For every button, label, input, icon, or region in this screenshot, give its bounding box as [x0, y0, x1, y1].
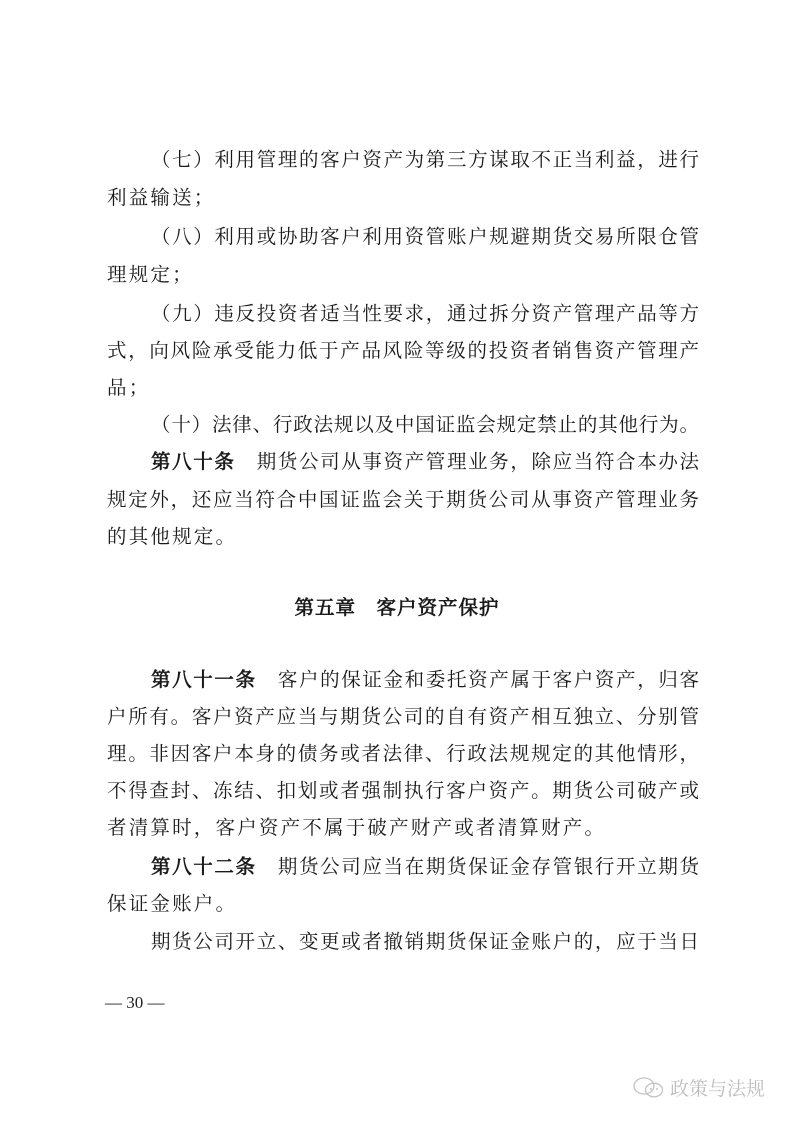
wechat-icon: [632, 1075, 666, 1101]
line-text: 的其他规定。: [107, 525, 237, 548]
text-line: 保证金账户。: [107, 892, 237, 916]
line-text: 者清算时，客户资产不属于破产财产或者清算财产。: [107, 816, 606, 839]
text-line: 理规定；: [107, 263, 194, 287]
text-line: （九）违反投资者适当性要求，通过拆分资产管理产品等方: [107, 302, 699, 326]
text-line: 规定外，还应当符合中国证监会关于期货公司从事资产管理业务: [107, 488, 699, 512]
page-number: — 30 —: [105, 993, 165, 1013]
text-line: 利益输送；: [107, 186, 216, 210]
text-line: 品；: [107, 376, 150, 400]
text-line: 第八十一条 客户的保证金和委托资产属于客户资产，归客: [107, 668, 699, 692]
line-text: 理。非因客户本身的债务或者法律、行政法规规定的其他情形，: [107, 742, 699, 765]
line-text: （十）法律、行政法规以及中国证监会规定禁止的其他行为。: [151, 413, 699, 436]
text-line: 的其他规定。: [107, 525, 237, 549]
document-page: （七）利用管理的客户资产为第三方谋取不正当利益，进行利益输送；（八）利用或协助客…: [0, 0, 794, 1123]
watermark-text: 政策与法规: [670, 1074, 765, 1101]
line-text: 客户的保证金和委托资产属于客户资产，归客: [257, 668, 699, 691]
watermark: 政策与法规: [632, 1074, 765, 1101]
line-text: 不得查封、冻结、扣划或者强制执行客户资产。期货公司破产或: [107, 779, 699, 802]
line-text: 理规定；: [107, 263, 194, 286]
line-text: 户所有。客户资产应当与期货公司的自有资产相互独立、分别管: [107, 705, 699, 728]
line-text: （九）违反投资者适当性要求，通过拆分资产管理产品等方: [151, 302, 699, 325]
line-text: 期货公司从事资产管理业务，除应当符合本办法: [236, 450, 699, 473]
article-number: 第八十一条: [151, 668, 257, 691]
article-number: 第八十条: [151, 450, 236, 473]
text-line: （十）法律、行政法规以及中国证监会规定禁止的其他行为。: [107, 413, 699, 437]
text-line: （七）利用管理的客户资产为第三方谋取不正当利益，进行: [107, 148, 699, 172]
text-line: 户所有。客户资产应当与期货公司的自有资产相互独立、分别管: [107, 705, 699, 729]
text-line: 理。非因客户本身的债务或者法律、行政法规规定的其他情形，: [107, 742, 699, 766]
line-text: （八）利用或协助客户利用资管账户规避期货交易所限仓管: [151, 225, 699, 248]
line-text: 期货公司应当在期货保证金存管银行开立期货: [257, 855, 699, 878]
text-line: 者清算时，客户资产不属于破产财产或者清算财产。: [107, 816, 606, 840]
line-text: 品；: [107, 376, 150, 399]
line-text: （七）利用管理的客户资产为第三方谋取不正当利益，进行: [151, 148, 699, 171]
text-line: 期货公司开立、变更或者撤销期货保证金账户的，应于当日: [107, 930, 699, 954]
line-text: 保证金账户。: [107, 892, 237, 915]
text-line: 第八十条 期货公司从事资产管理业务，除应当符合本办法: [107, 450, 699, 474]
text-line: 不得查封、冻结、扣划或者强制执行客户资产。期货公司破产或: [107, 779, 699, 803]
text-line: 第八十二条 期货公司应当在期货保证金存管银行开立期货: [107, 855, 699, 879]
line-text: 期货公司开立、变更或者撤销期货保证金账户的，应于当日: [151, 930, 699, 953]
line-text: 规定外，还应当符合中国证监会关于期货公司从事资产管理业务: [107, 488, 699, 511]
text-line: 式，向风险承受能力低于产品风险等级的投资者销售资产管理产: [107, 339, 699, 363]
line-text: 利益输送；: [107, 186, 216, 209]
text-line: （八）利用或协助客户利用资管账户规避期货交易所限仓管: [107, 225, 699, 249]
article-number: 第八十二条: [151, 855, 257, 878]
chapter-heading: 第五章 客户资产保护: [0, 596, 794, 620]
line-text: 式，向风险承受能力低于产品风险等级的投资者销售资产管理产: [107, 339, 699, 362]
